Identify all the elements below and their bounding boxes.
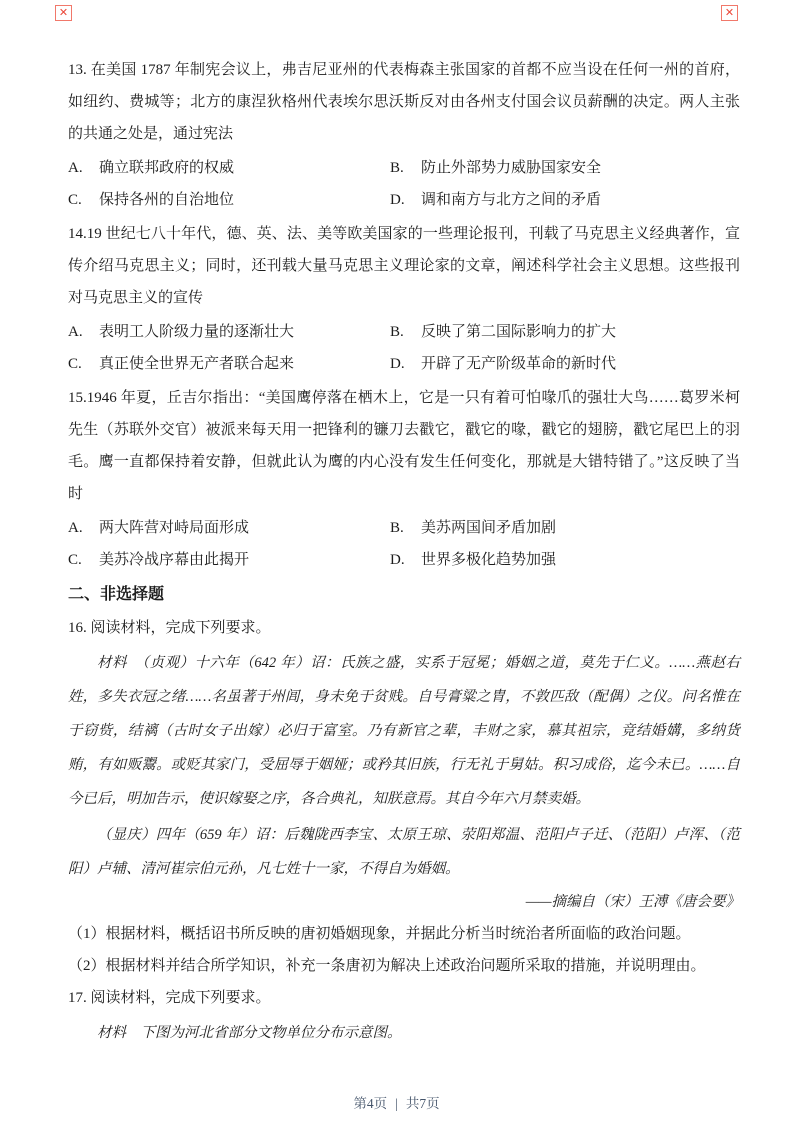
option-label: C. xyxy=(68,348,90,380)
question-17-material: 材料 下图为河北省部分文物单位分布示意图。 xyxy=(68,1016,740,1050)
option-label: C. xyxy=(68,544,90,576)
question-13-stem: 13. 在美国 1787 年制宪会议上，弗吉尼亚州的代表梅森主张国家的首都不应当… xyxy=(68,54,740,150)
option-13-a: A.确立联邦政府的权威 xyxy=(68,152,390,184)
option-text: 开辟了无产阶级革命的新时代 xyxy=(421,356,616,372)
option-14-b: B.反映了第二国际影响力的扩大 xyxy=(390,316,740,348)
option-label: A. xyxy=(68,316,90,348)
option-label: D. xyxy=(390,184,412,216)
question-16-material-p1: 材料 （贞观）十六年（642 年）诏：氏族之盛，实系于冠冕；婚姻之道，莫先于仁义… xyxy=(68,646,740,816)
option-text: 两大阵营对峙局面形成 xyxy=(99,520,249,536)
option-label: D. xyxy=(390,544,412,576)
option-label: D. xyxy=(390,348,412,380)
footer-total-pages: 共7页 xyxy=(406,1096,440,1111)
option-13-d: D.调和南方与北方之间的矛盾 xyxy=(390,184,740,216)
option-text: 真正使全世界无产者联合起来 xyxy=(99,356,294,372)
question-14-options: A.表明工人阶级力量的逐渐壮大 B.反映了第二国际影响力的扩大 C.真正使全世界… xyxy=(68,316,740,380)
footer-separator: | xyxy=(395,1096,398,1111)
option-14-c: C.真正使全世界无产者联合起来 xyxy=(68,348,390,380)
option-15-d: D.世界多极化趋势加强 xyxy=(390,544,740,576)
section-2-title: 二、非选择题 xyxy=(68,580,740,610)
option-13-b: B.防止外部势力威胁国家安全 xyxy=(390,152,740,184)
option-text: 世界多极化趋势加强 xyxy=(421,552,556,568)
question-16-source-attribution: ——摘编自（宋）王溥《唐会要》 xyxy=(68,886,740,918)
option-14-a: A.表明工人阶级力量的逐渐壮大 xyxy=(68,316,390,348)
footer-page-number: 第4页 xyxy=(353,1096,387,1111)
option-label: B. xyxy=(390,316,412,348)
question-13-options: A.确立联邦政府的权威 B.防止外部势力威胁国家安全 C.保持各州的自治地位 D… xyxy=(68,152,740,216)
question-16-sub-1: （1）根据材料，概括诏书所反映的唐初婚姻现象，并据此分析当时统治者所面临的政治问… xyxy=(68,918,740,950)
broken-image-icon: ✕ xyxy=(55,5,72,21)
option-text: 防止外部势力威胁国家安全 xyxy=(421,160,601,176)
option-15-c: C.美苏冷战序幕由此揭开 xyxy=(68,544,390,576)
option-text: 美苏两国间矛盾加剧 xyxy=(421,520,556,536)
option-label: B. xyxy=(390,512,412,544)
option-text: 表明工人阶级力量的逐渐壮大 xyxy=(99,324,294,340)
question-17-intro: 17. 阅读材料，完成下列要求。 xyxy=(68,982,740,1014)
question-15-options: A.两大阵营对峙局面形成 B.美苏两国间矛盾加剧 C.美苏冷战序幕由此揭开 D.… xyxy=(68,512,740,576)
option-15-a: A.两大阵营对峙局面形成 xyxy=(68,512,390,544)
option-text: 美苏冷战序幕由此揭开 xyxy=(99,552,249,568)
option-label: A. xyxy=(68,512,90,544)
question-16-material-p2: （显庆）四年（659 年）诏：后魏陇西李宝、太原王琼、荥阳郑温、范阳卢子迁、（范… xyxy=(68,818,740,886)
option-15-b: B.美苏两国间矛盾加剧 xyxy=(390,512,740,544)
option-text: 调和南方与北方之间的矛盾 xyxy=(421,192,601,208)
option-text: 反映了第二国际影响力的扩大 xyxy=(421,324,616,340)
broken-image-icon: ✕ xyxy=(721,5,738,21)
exam-page: ✕ ✕ 13. 在美国 1787 年制宪会议上，弗吉尼亚州的代表梅森主张国家的首… xyxy=(0,0,793,1122)
option-label: B. xyxy=(390,152,412,184)
option-label: C. xyxy=(68,184,90,216)
question-16-intro: 16. 阅读材料，完成下列要求。 xyxy=(68,612,740,644)
option-text: 确立联邦政府的权威 xyxy=(99,160,234,176)
page-footer: 第4页|共7页 xyxy=(0,1092,793,1112)
option-13-c: C.保持各州的自治地位 xyxy=(68,184,390,216)
question-16-sub-2: （2）根据材料并结合所学知识，补充一条唐初为解决上述政治问题所采取的措施，并说明… xyxy=(68,950,740,982)
option-text: 保持各州的自治地位 xyxy=(99,192,234,208)
option-label: A. xyxy=(68,152,90,184)
question-14-stem: 14.19 世纪七八十年代，德、英、法、美等欧美国家的一些理论报刊，刊载了马克思… xyxy=(68,218,740,314)
question-15-stem: 15.1946 年夏，丘吉尔指出：“美国鹰停落在栖木上，它是一只有着可怕喙爪的强… xyxy=(68,382,740,510)
page-content: 13. 在美国 1787 年制宪会议上，弗吉尼亚州的代表梅森主张国家的首都不应当… xyxy=(68,54,740,1050)
option-14-d: D.开辟了无产阶级革命的新时代 xyxy=(390,348,740,380)
